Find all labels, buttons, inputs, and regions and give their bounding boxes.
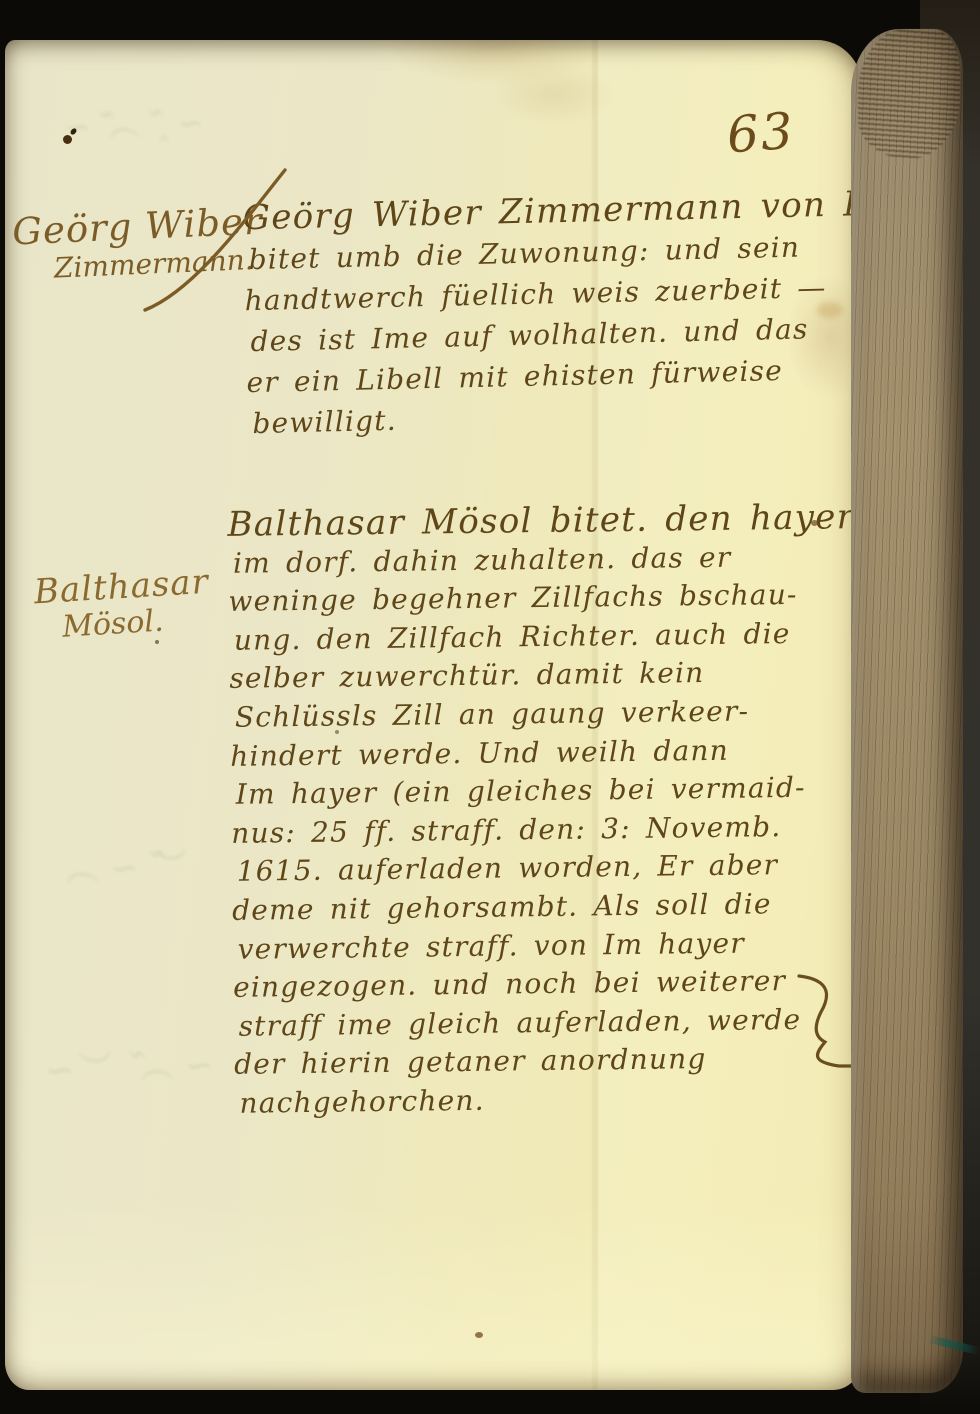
book-fore-edge (851, 29, 963, 1393)
verso-show-through: ~ ‸ ᷉ ︵ ᷉ ~ (64, 98, 204, 147)
manuscript-scan: ~ ‸ ᷉ ︵ ᷉ ~ ︶ ᷉ ~ ︵ ~ ︵ ᷉ ︶ ~ 63 Geörg W… (0, 0, 980, 1414)
manuscript-page: ~ ‸ ᷉ ︵ ᷉ ~ ︶ ᷉ ~ ︵ ~ ︵ ᷉ ︶ ~ 63 Geörg W… (5, 40, 863, 1390)
paper-speck (817, 302, 843, 318)
paper-speck (69, 127, 77, 136)
margin-note-entry-2: Balthasar Mösol. (33, 563, 212, 647)
paper-speck (155, 640, 159, 644)
page-number: 63 (725, 102, 797, 165)
paper-speck (811, 520, 818, 526)
manuscript-line: deme nit gehorsambt. Als soll die (232, 884, 859, 930)
manuscript-line: Balthasar Mösol bitet. den hayer (227, 498, 854, 544)
entry-2-body: Balthasar Mösol bitet. den hayerim dorf.… (227, 498, 861, 1123)
manuscript-line: ung. den Zillfach Richter. auch die (234, 614, 856, 660)
paper-speck (335, 730, 339, 734)
fore-edge-top-curve (858, 29, 960, 159)
verso-show-through: ︶ ᷉ ~ ︵ (64, 838, 195, 891)
verso-show-through: ~ ︵ ᷉ ︶ ~ (44, 1037, 214, 1092)
manuscript-line: nachgehorchen. (239, 1077, 861, 1123)
manuscript-line: straff ime gleich auferladen, werde (238, 1000, 860, 1046)
paper-speck (63, 135, 72, 144)
margin-surname: Mösol. (61, 602, 212, 646)
paper-speck (475, 1332, 483, 1338)
ink-flourish-margin (135, 160, 335, 320)
